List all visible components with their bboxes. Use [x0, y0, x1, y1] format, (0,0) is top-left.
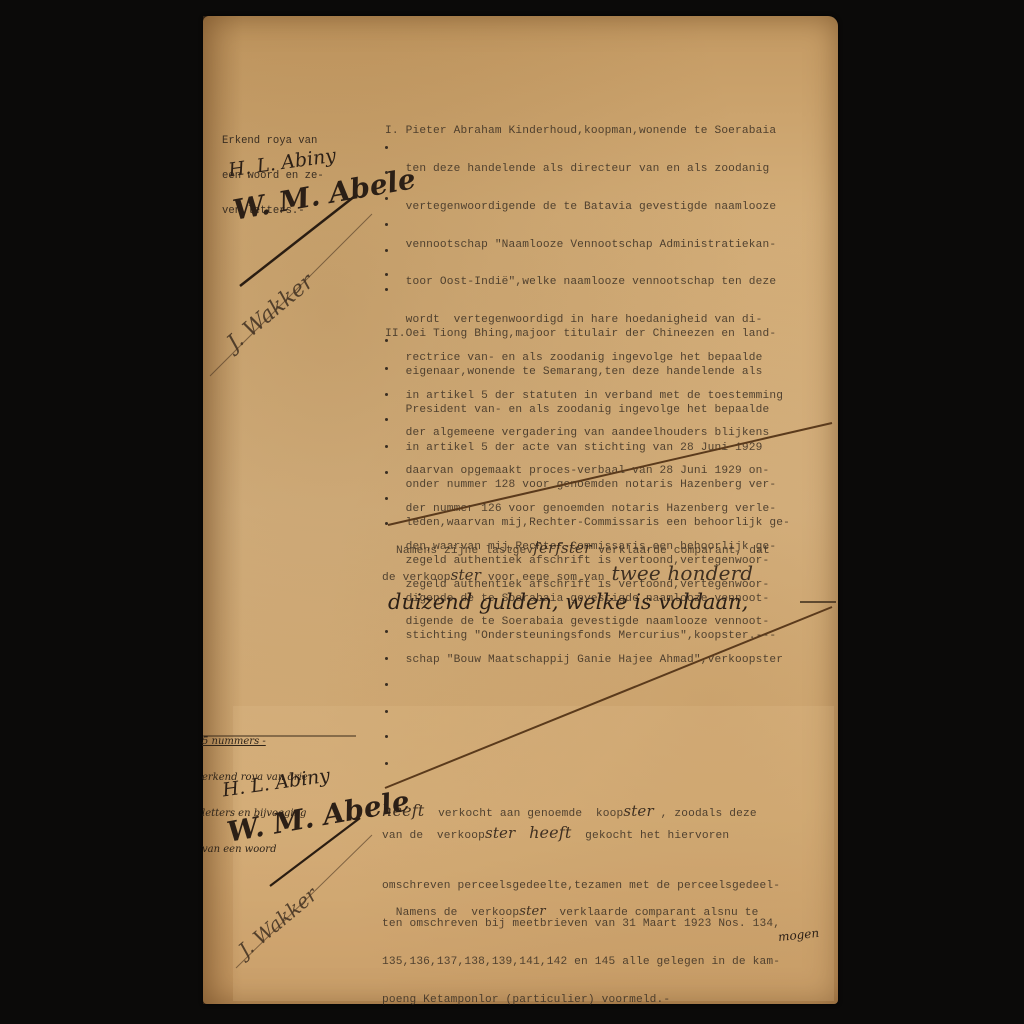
typed-fragment: de verkoop [382, 572, 451, 584]
handwritten-insert: ster [623, 802, 653, 820]
text-line: poeng Ketamponlor (particulier) voormeld… [382, 994, 780, 1007]
text-line: ten deze handelende als directeur van en… [385, 163, 783, 176]
handwritten-insert: ster [485, 824, 515, 842]
statement-line-3-handwritten: duizend gulden, welke is voldaan, [388, 590, 748, 614]
text-line: toor Oost-Indië",welke naamlooze vennoot… [385, 276, 783, 289]
note-line: 5 nummers - [202, 736, 308, 748]
note-line: van een woord [202, 844, 308, 856]
handwritten-amount: twee honderd [611, 561, 753, 585]
text-line: schap "Bouw Maatschappij Ganie Hajee Ahm… [385, 654, 783, 667]
typed-fragment: voor eene som van [481, 572, 611, 584]
sale-parcel-paragraph: omschreven perceelsgedeelte,tezamen met … [382, 855, 780, 1019]
text-line: President van- en als zoodanig ingevolge… [385, 404, 790, 417]
handwritten-insert: ster [519, 904, 545, 919]
typed-fragment [515, 830, 529, 842]
typed-fragment: verkocht aan genoemde koop [424, 808, 623, 820]
text-line: 135,136,137,138,139,141,142 en 145 alle … [382, 956, 780, 969]
text-line: onder nummer 128 voor genoemden notaris … [385, 479, 790, 492]
text-line: ten omschreven bij meetbrieven van 31 Ma… [382, 918, 780, 931]
sale-last-line: Namens de verkoopster verklaarde compara… [382, 906, 758, 920]
typed-fragment: Namens zijne lastgev [396, 545, 533, 557]
sale-line-1: heeft verkocht aan genoemde koopster , z… [382, 805, 757, 821]
typed-fragment: verklaarde comparant, dat [591, 545, 769, 557]
statement-line-1: Namens zijne lastgevferfster verklaarde … [396, 542, 770, 558]
handwritten-insert: ferfster [533, 539, 591, 557]
text-line: omschreven perceelsgedeelte,tezamen met … [382, 880, 780, 893]
statement-line-2: de verkoopster voor eene som van twee ho… [382, 567, 753, 585]
typed-fragment: verklaarde comparant alsnu te [546, 907, 759, 919]
typed-fragment: gekocht het hiervoren [571, 830, 729, 842]
sale-line-2: van de verkoopster heeft gekocht het hie… [382, 827, 729, 843]
text-line: I. Pieter Abraham Kinderhoud,koopman,won… [385, 125, 783, 138]
handwritten-insert: ster [451, 566, 481, 584]
handwritten-insert: heeft [529, 823, 571, 842]
typed-fragment: , zoodals deze [654, 808, 757, 820]
text-line: leden,waarvan mij,Rechter-Commissaris ee… [385, 517, 790, 530]
text-line: stichting "Ondersteuningsfonds Mercurius… [385, 630, 790, 643]
note-line: Erkend roya van [222, 136, 324, 148]
typed-fragment: van de verkoop [382, 830, 485, 842]
handwritten-insert: heeft [382, 801, 424, 820]
text-line: vennootschap "Naamlooze Vennootschap Adm… [385, 239, 783, 252]
typed-fragment: Namens de verkoop [382, 907, 519, 919]
text-line: II.Oei Tiong Bhing,majoor titulair der C… [385, 328, 790, 341]
text-line: vertegenwoordigende de te Batavia gevest… [385, 201, 783, 214]
text-line: in artikel 5 der acte van stichting van … [385, 442, 790, 455]
text-line: eigenaar,wonende te Semarang,ten deze ha… [385, 366, 790, 379]
